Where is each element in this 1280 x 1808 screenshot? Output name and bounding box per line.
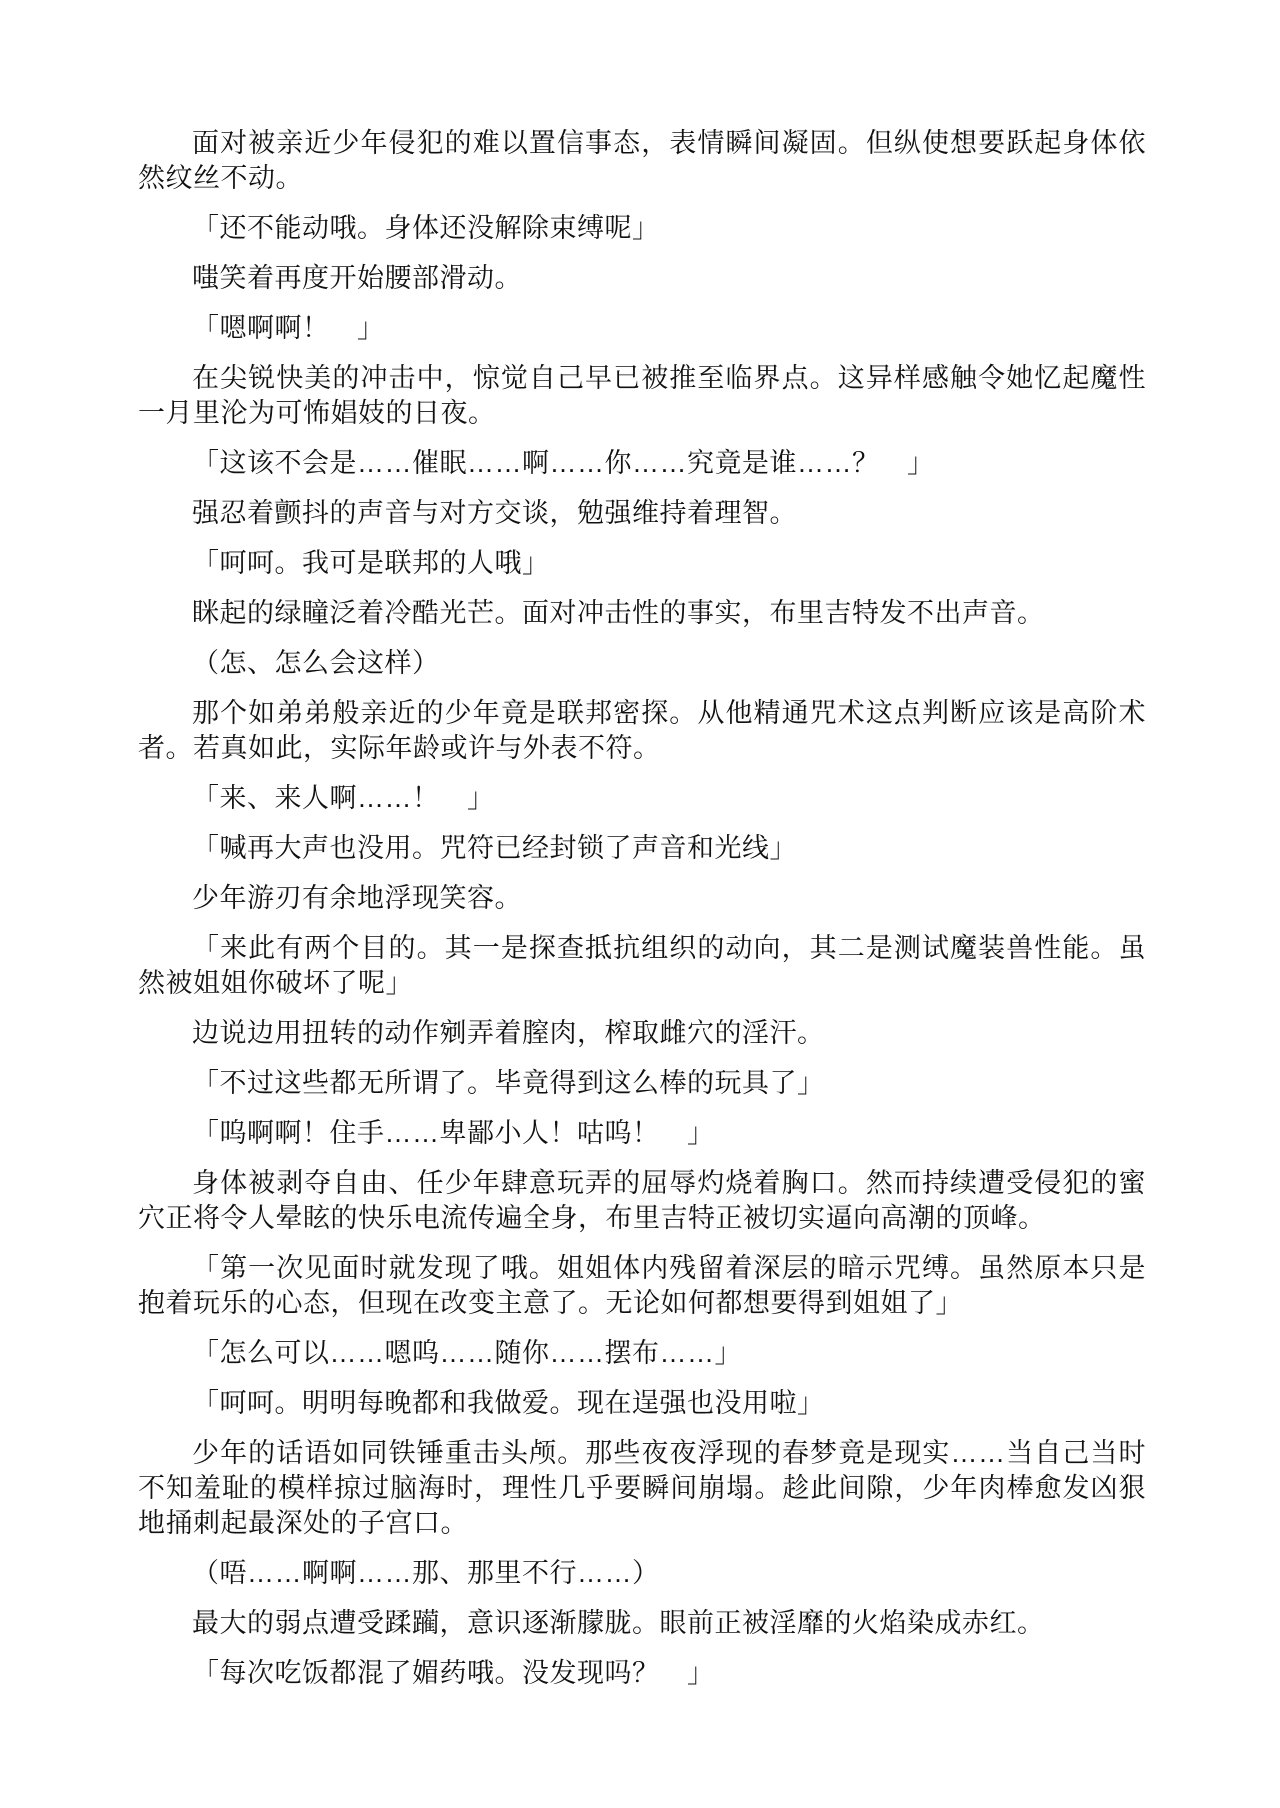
paragraph: 那个如弟弟般亲近的少年竟是联邦密探。从他精通咒术这点判断应该是高阶术者。若真如此… — [138, 696, 1146, 766]
paragraph: 「第一次见面时就发现了哦。姐姐体内残留着深层的暗示咒缚。虽然原本只是抱着玩乐的心… — [138, 1251, 1146, 1321]
paragraph: 少年游刃有余地浮现笑容。 — [138, 881, 1146, 916]
paragraph: 少年的话语如同铁锤重击头颅。那些夜夜浮现的春梦竟是现实……当自己当时不知羞耻的模… — [138, 1436, 1146, 1541]
paragraph: 「怎么可以……嗯呜……随你……摆布……」 — [138, 1336, 1146, 1371]
paragraph: 「这该不会是……催眠……啊……你……究竟是谁……？ 」 — [138, 446, 1146, 481]
paragraph: 「不过这些都无所谓了。毕竟得到这么棒的玩具了」 — [138, 1066, 1146, 1101]
paragraph: （唔……啊啊……那、那里不行……） — [138, 1556, 1146, 1591]
paragraph: 在尖锐快美的冲击中，惊觉自己早已被推至临界点。这异样感触令她忆起魔性一月里沦为可… — [138, 361, 1146, 431]
paragraph: 「呵呵。明明每晚都和我做爱。现在逞强也没用啦」 — [138, 1386, 1146, 1421]
paragraph: 「呵呵。我可是联邦的人哦」 — [138, 546, 1146, 581]
paragraph: 眯起的绿瞳泛着冷酷光芒。面对冲击性的事实，布里吉特发不出声音。 — [138, 596, 1146, 631]
paragraph: 「来、来人啊……！ 」 — [138, 781, 1146, 816]
paragraph: 边说边用扭转的动作剜弄着膣肉，榨取雌穴的淫汗。 — [138, 1016, 1146, 1051]
document-page: 面对被亲近少年侵犯的难以置信事态，表情瞬间凝固。但纵使想要跃起身体依然纹丝不动。… — [0, 0, 1280, 1808]
text-body: 面对被亲近少年侵犯的难以置信事态，表情瞬间凝固。但纵使想要跃起身体依然纹丝不动。… — [138, 126, 1146, 1706]
paragraph: 强忍着颤抖的声音与对方交谈，勉强维持着理智。 — [138, 496, 1146, 531]
paragraph: 「嗯啊啊！ 」 — [138, 311, 1146, 346]
paragraph: 「来此有两个目的。其一是探查抵抗组织的动向，其二是测试魔装兽性能。虽然被姐姐你破… — [138, 931, 1146, 1001]
paragraph: 身体被剥夺自由、任少年肆意玩弄的屈辱灼烧着胸口。然而持续遭受侵犯的蜜穴正将令人晕… — [138, 1166, 1146, 1236]
paragraph: 最大的弱点遭受蹂躏，意识逐渐朦胧。眼前正被淫靡的火焰染成赤红。 — [138, 1606, 1146, 1641]
paragraph: 「每次吃饭都混了媚药哦。没发现吗？ 」 — [138, 1656, 1146, 1691]
paragraph: 面对被亲近少年侵犯的难以置信事态，表情瞬间凝固。但纵使想要跃起身体依然纹丝不动。 — [138, 126, 1146, 196]
paragraph: 「喊再大声也没用。咒符已经封锁了声音和光线」 — [138, 831, 1146, 866]
paragraph: 嗤笑着再度开始腰部滑动。 — [138, 261, 1146, 296]
paragraph: 「还不能动哦。身体还没解除束缚呢」 — [138, 211, 1146, 246]
paragraph: 「呜啊啊！住手……卑鄙小人！咕呜！ 」 — [138, 1116, 1146, 1151]
paragraph: （怎、怎么会这样） — [138, 646, 1146, 681]
